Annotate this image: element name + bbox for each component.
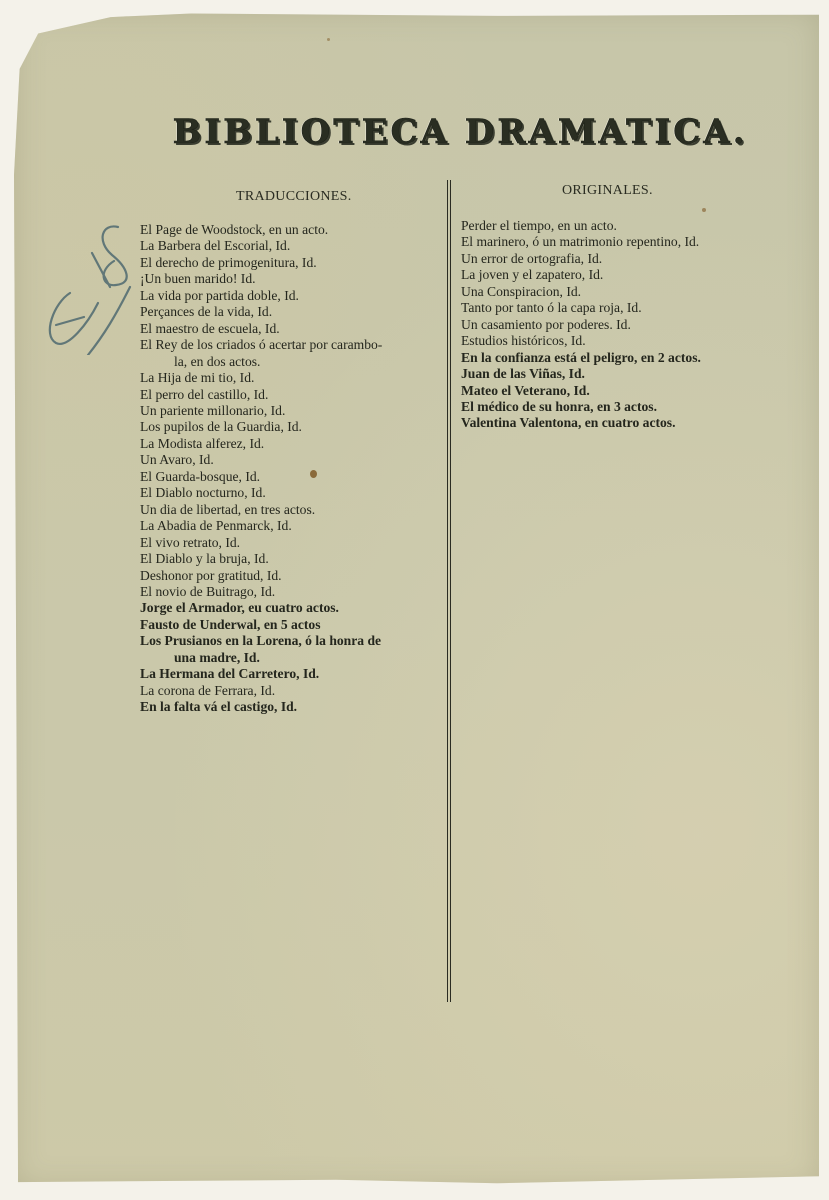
list-item: La Hermana del Carretero, Id.: [140, 666, 450, 682]
list-item: En la confianza está el peligro, en 2 ac…: [461, 350, 781, 366]
originales-heading: ORIGINALES.: [562, 183, 653, 199]
list-item: Deshonor por gratitud, Id.: [140, 568, 450, 584]
list-item: Una Conspiracion, Id.: [461, 284, 781, 300]
list-item: El Diablo nocturno, Id.: [140, 485, 450, 501]
list-item: La Barbera del Escorial, Id.: [140, 238, 450, 254]
list-item: El Diablo y la bruja, Id.: [140, 551, 450, 567]
list-item: El perro del castillo, Id.: [140, 387, 450, 403]
list-item: Perçances de la vida, Id.: [140, 304, 450, 320]
list-item: La corona de Ferrara, Id.: [140, 683, 450, 699]
list-item: La joven y el zapatero, Id.: [461, 267, 781, 283]
page-title: BIBLIOTECA DRAMATICA.: [160, 112, 760, 152]
list-item: La vida por partida doble, Id.: [140, 288, 450, 304]
list-item: El derecho de primogenitura, Id.: [140, 255, 450, 271]
list-item: El médico de su honra, en 3 actos.: [461, 399, 781, 415]
list-item: Juan de las Viñas, Id.: [461, 366, 781, 382]
list-item: Valentina Valentona, en cuatro actos.: [461, 415, 781, 431]
list-item: Fausto de Underwal, en 5 actos: [140, 617, 450, 633]
traducciones-heading: TRADUCCIONES.: [236, 189, 352, 205]
list-item: Jorge el Armador, eu cuatro actos.: [140, 600, 450, 616]
list-item: Mateo el Veterano, Id.: [461, 383, 781, 399]
list-item: Un error de ortografia, Id.: [461, 251, 781, 267]
list-item: ¡Un buen marido! Id.: [140, 271, 450, 287]
list-item: Un pariente millonario, Id.: [140, 403, 450, 419]
list-item: El maestro de escuela, Id.: [140, 321, 450, 337]
list-item: El Guarda-bosque, Id.: [140, 469, 450, 485]
foxing-spot: [327, 38, 330, 41]
list-item: Un Avaro, Id.: [140, 452, 450, 468]
list-item: Estudios históricos, Id.: [461, 333, 781, 349]
list-item: El vivo retrato, Id.: [140, 535, 450, 551]
list-item: La Hija de mi tio, Id.: [140, 370, 450, 386]
handwritten-annotation-icon: [32, 205, 142, 355]
list-item: La Abadia de Penmarck, Id.: [140, 518, 450, 534]
list-item: El novio de Buitrago, Id.: [140, 584, 450, 600]
list-item: Un casamiento por poderes. Id.: [461, 317, 781, 333]
originales-list: Perder el tiempo, en un acto. El mariner…: [461, 218, 781, 432]
foxing-spot: [702, 208, 706, 212]
list-item: Un dia de libertad, en tres actos.: [140, 502, 450, 518]
list-item: Los Prusianos en la Lorena, ó la honra d…: [140, 633, 450, 666]
list-item: El Page de Woodstock, en un acto.: [140, 222, 450, 238]
list-item: El Rey de los criados ó acertar por cara…: [140, 337, 450, 370]
list-item: El marinero, ó un matrimonio repentino, …: [461, 234, 781, 250]
list-item: La Modista alferez, Id.: [140, 436, 450, 452]
list-item: En la falta vá el castigo, Id.: [140, 699, 450, 715]
list-item: Perder el tiempo, en un acto.: [461, 218, 781, 234]
list-item: Los pupilos de la Guardia, Id.: [140, 419, 450, 435]
traducciones-list: El Page de Woodstock, en un acto. La Bar…: [140, 222, 450, 716]
list-item: Tanto por tanto ó la capa roja, Id.: [461, 300, 781, 316]
